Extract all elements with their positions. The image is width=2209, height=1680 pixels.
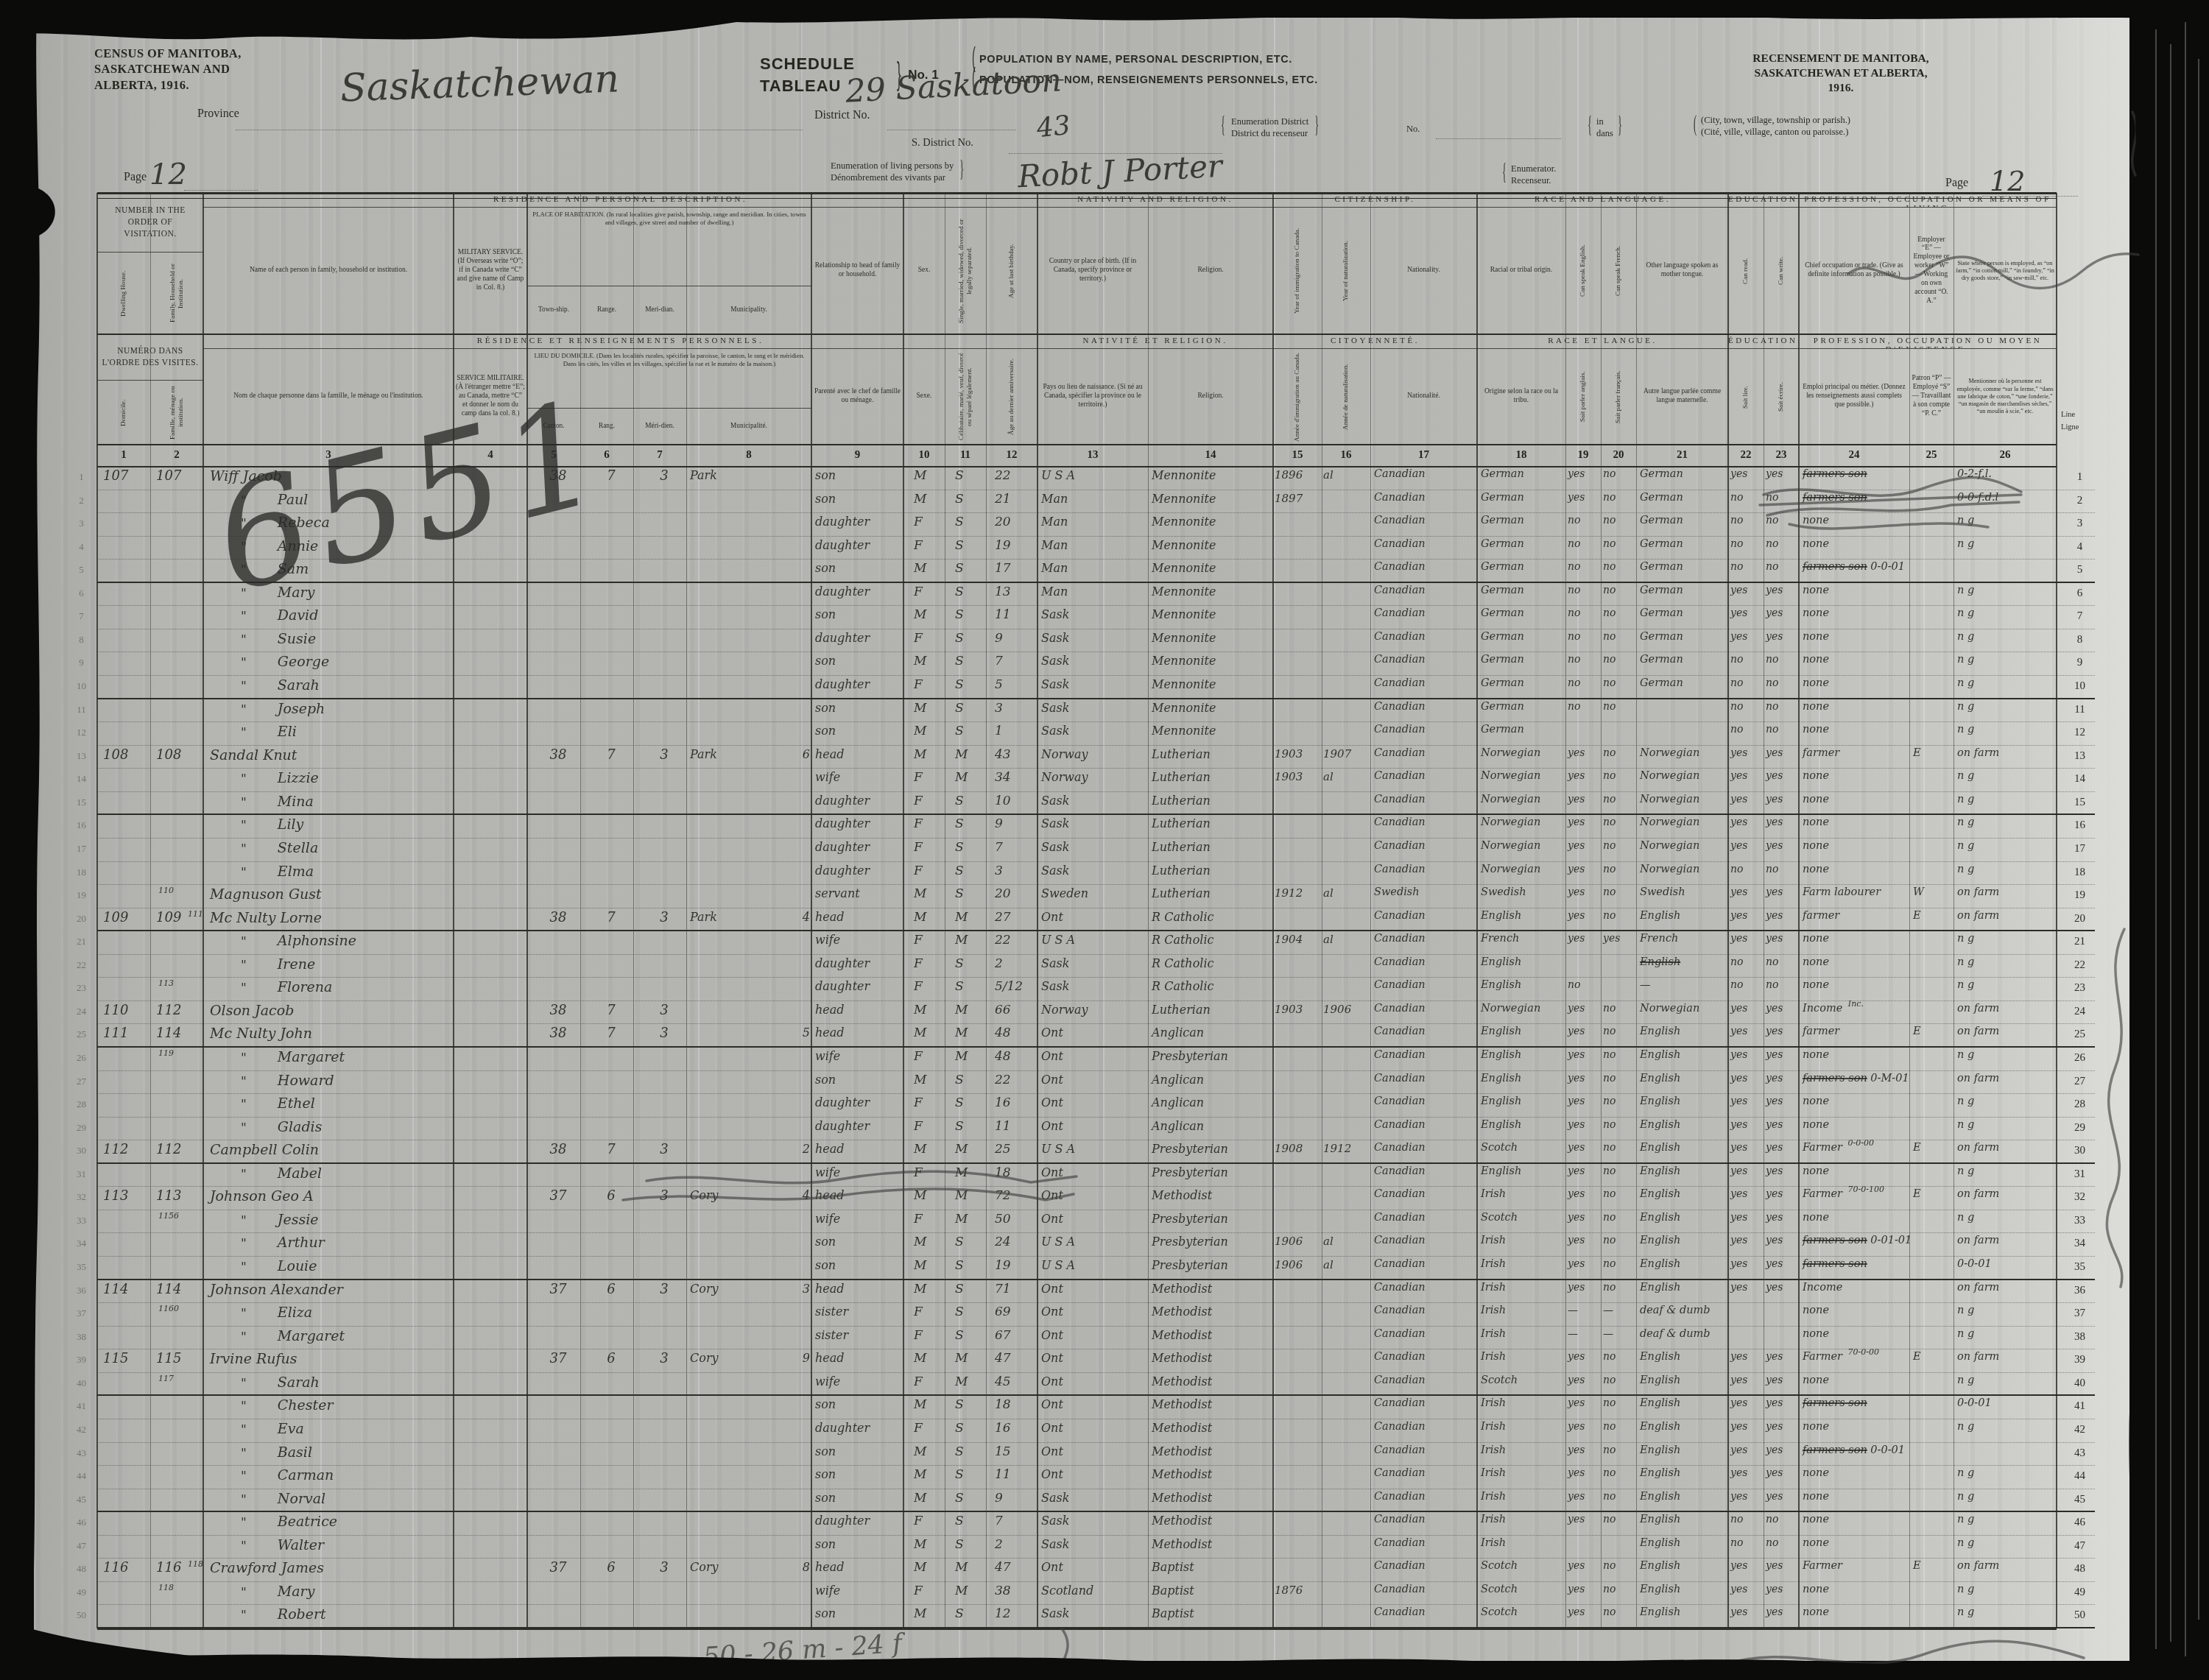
cell-read: yes xyxy=(1728,1374,1764,1397)
cell-dwelling xyxy=(97,1235,150,1257)
cell-read: yes xyxy=(1728,1003,1764,1026)
cell-dwelling xyxy=(97,631,150,654)
cell-class xyxy=(1909,1606,1953,1628)
cell-naturalization xyxy=(1322,631,1370,654)
cell-line-number-left: 6 xyxy=(66,585,93,607)
cell-age: 45 xyxy=(986,1374,1037,1397)
cell-mothertongue: English xyxy=(1636,1165,1728,1188)
cell-municipality xyxy=(686,654,811,677)
cell-occupation: Farmer 0-0-00 xyxy=(1799,1142,1909,1164)
table-row: "BeatricedaughterFS7SaskMethodistCanadia… xyxy=(97,1512,2095,1536)
cell-mothertongue: German xyxy=(1636,538,1728,561)
cell-military xyxy=(454,956,527,979)
cell-name: "Elma xyxy=(203,864,454,886)
grid-line-vertical xyxy=(1037,193,1038,1628)
cell-naturalization xyxy=(1322,724,1370,747)
cell-municipality xyxy=(686,677,811,699)
cell-mothertongue: Norwegian xyxy=(1636,1003,1728,1026)
cell-birthplace: Ont xyxy=(1037,1049,1148,1072)
cell-read: yes xyxy=(1728,816,1764,839)
cell-township xyxy=(527,1095,580,1118)
table-row: "NorvalsonMS9SaskMethodistCanadianIrishy… xyxy=(97,1489,2095,1513)
cell-where: n g xyxy=(1953,1537,2057,1560)
cell-military xyxy=(454,1212,527,1235)
cell-immigration: 1912 xyxy=(1273,886,1322,909)
col-head-mothertongue: Autre langue parlée comme langue materne… xyxy=(1636,349,1728,445)
cell-origin: Norwegian xyxy=(1477,840,1565,863)
cell-french: no xyxy=(1601,1374,1636,1397)
table-row: "LouiesonMS19U S APresbyterian1906alCana… xyxy=(97,1257,2095,1280)
cell-line-number-left: 3 xyxy=(66,515,93,537)
cell-occupation: Farmer 70-0-100 xyxy=(1799,1188,1909,1211)
cell-marital: M xyxy=(945,1003,986,1026)
cell-military xyxy=(454,1119,527,1142)
cell-write: yes xyxy=(1764,1073,1799,1095)
col-head-dwelling: Dwelling House. xyxy=(97,253,150,334)
cell-origin: German xyxy=(1477,538,1565,561)
cell-age: 3 xyxy=(986,701,1037,724)
cell-marital: M xyxy=(945,1049,986,1072)
cell-mothertongue: English xyxy=(1636,1119,1728,1142)
cell-mothertongue: English xyxy=(1636,1467,1728,1490)
cell-range xyxy=(580,1421,633,1444)
cell-relationship: daughter xyxy=(811,956,903,979)
cell-occupation: farmers son 0-01-01 xyxy=(1799,1235,1909,1257)
cell-age: 3 xyxy=(986,864,1037,886)
grid-line-vertical xyxy=(633,193,634,1628)
cell-english: no xyxy=(1565,677,1601,699)
cell-english: yes xyxy=(1565,864,1601,886)
cell-nationality: Canadian xyxy=(1370,1095,1477,1118)
grid-line-vertical xyxy=(1565,193,1566,1628)
cell-nationality: Canadian xyxy=(1370,468,1477,491)
cell-relationship: son xyxy=(811,561,903,583)
cell-dwelling xyxy=(97,1584,150,1606)
cell-line-number-left: 31 xyxy=(66,1165,93,1188)
cell-municipality xyxy=(686,631,811,654)
cell-meridian xyxy=(633,1584,686,1606)
cell-class: W xyxy=(1909,886,1953,909)
cell-marital: S xyxy=(945,1514,986,1536)
cell-religion: Methodist xyxy=(1148,1467,1273,1490)
col-head-name: Name of each person in family, household… xyxy=(203,208,454,334)
cell-write: no xyxy=(1764,515,1799,537)
cell-township xyxy=(527,1305,580,1327)
cell-sex: F xyxy=(903,840,945,863)
cell-french: no xyxy=(1601,1119,1636,1142)
cell-marital: S xyxy=(945,1258,986,1280)
cell-occupation: none xyxy=(1799,1606,1909,1628)
cell-immigration xyxy=(1273,1049,1322,1072)
cell-where: 0-0-01 xyxy=(1953,1258,2057,1280)
col-head-english: Can speak English. xyxy=(1565,208,1601,334)
cell-line-number-left: 25 xyxy=(66,1026,93,1048)
cell-relationship: head xyxy=(811,910,903,932)
table-row: "GeorgesonMS7SaskMennoniteCanadianGerman… xyxy=(97,652,2095,676)
cell-sex: M xyxy=(903,1073,945,1095)
cell-naturalization xyxy=(1322,607,1370,630)
cell-range xyxy=(580,701,633,724)
cell-nationality: Canadian xyxy=(1370,607,1477,630)
cell-military xyxy=(454,1049,527,1072)
cell-class xyxy=(1909,1003,1953,1026)
cell-meridian xyxy=(633,1095,686,1118)
cell-sex: M xyxy=(903,561,945,583)
cell-occupation: farmers son 0-M-01 xyxy=(1799,1073,1909,1095)
cell-marital: S xyxy=(945,1328,986,1351)
table-row: 110112Olson Jacob3873headMM66NorwayLuthe… xyxy=(97,1001,2095,1025)
cell-military xyxy=(454,770,527,793)
col-head-religion: Religion. xyxy=(1148,349,1273,445)
cell-mothertongue: deaf & dumb xyxy=(1636,1305,1728,1327)
cell-class: E xyxy=(1909,1026,1953,1048)
cell-mothertongue: English xyxy=(1636,1537,1728,1560)
cell-birthplace: Ont xyxy=(1037,910,1148,932)
cell-religion: Anglican xyxy=(1148,1026,1273,1048)
cell-religion: Methodist xyxy=(1148,1305,1273,1327)
cell-occupation: none xyxy=(1799,864,1909,886)
col-number: 17 xyxy=(1370,445,1477,467)
cell-immigration xyxy=(1273,1165,1322,1188)
cell-birthplace: Ont xyxy=(1037,1560,1148,1583)
cell-where: n g xyxy=(1953,701,2057,724)
cell-class xyxy=(1909,956,1953,979)
grid-line-vertical xyxy=(1953,193,1954,1628)
cell-meridian: 3 xyxy=(633,1026,686,1048)
cell-birthplace: U S A xyxy=(1037,1142,1148,1164)
cell-name: "Lizzie xyxy=(203,770,454,793)
cell-where: 0-0-01 xyxy=(1953,1397,2057,1420)
cell-english: no xyxy=(1565,538,1601,561)
cell-origin: German xyxy=(1477,724,1565,747)
cell-occupation: farmers son xyxy=(1799,468,1909,491)
cell-range: 6 xyxy=(580,1188,633,1211)
cell-name: "Beatrice xyxy=(203,1514,454,1536)
cell-origin: Scotch xyxy=(1477,1142,1565,1164)
cell-line-number-left: 23 xyxy=(66,979,93,1002)
cell-meridian xyxy=(633,979,686,1002)
cell-family: 112 xyxy=(150,1142,203,1164)
cell-english: yes xyxy=(1565,1397,1601,1420)
grid-line-vertical xyxy=(96,193,98,1628)
cell-nationality: Canadian xyxy=(1370,1421,1477,1444)
grid-line-vertical xyxy=(1370,193,1371,1628)
cell-class: E xyxy=(1909,910,1953,932)
table-row: 119"MargaretwifeFM48OntPresbyterianCanad… xyxy=(97,1048,2095,1071)
cell-relationship: daughter xyxy=(811,794,903,816)
cell-age: 18 xyxy=(986,1165,1037,1188)
cell-birthplace: Ont xyxy=(1037,1095,1148,1118)
col-head-relationship: Parenté avec le chef de famille ou ménag… xyxy=(811,349,903,445)
cell-township xyxy=(527,724,580,747)
cell-read: yes xyxy=(1728,1467,1764,1490)
cell-name: "Lily xyxy=(203,816,454,839)
cell-meridian xyxy=(633,794,686,816)
col-number: 18 xyxy=(1477,445,1565,467)
cell-class xyxy=(1909,538,1953,561)
cell-naturalization xyxy=(1322,515,1370,537)
cell-range: 7 xyxy=(580,1003,633,1026)
grid-line-vertical xyxy=(1148,193,1149,1628)
cell-line-number: 33 xyxy=(2062,1212,2093,1235)
cell-write: no xyxy=(1764,1514,1799,1536)
col-head-age: Âge au dernier anniversaire. xyxy=(986,349,1037,445)
cell-write: yes xyxy=(1764,1421,1799,1444)
place-of-habitation-note: PLACE OF HABITATION. (In rural localitie… xyxy=(527,208,811,286)
cell-family xyxy=(150,701,203,724)
cell-name: "Walter xyxy=(203,1537,454,1560)
table-row: 115115Irvine Rufus3763Cory9headMM47OntMe… xyxy=(97,1349,2095,1373)
cell-class: E xyxy=(1909,1351,1953,1374)
cell-naturalization: al xyxy=(1322,468,1370,491)
cell-family xyxy=(150,607,203,630)
grid-line-vertical xyxy=(1798,193,1800,1628)
cell-township xyxy=(527,1514,580,1536)
cell-write: yes xyxy=(1764,1003,1799,1026)
cell-age: 11 xyxy=(986,1119,1037,1142)
cell-class xyxy=(1909,1119,1953,1142)
cell-read: no xyxy=(1728,538,1764,561)
cell-where: n g xyxy=(1953,631,2057,654)
table-row: "ElisonMS1SaskMennoniteCanadianGermannon… xyxy=(97,722,2095,746)
cell-family xyxy=(150,1467,203,1490)
cell-range: 7 xyxy=(580,910,633,932)
cell-occupation: farmers son 0-0-01 xyxy=(1799,561,1909,583)
cell-naturalization xyxy=(1322,1212,1370,1235)
table-row: "EtheldaughterFS16OntAnglicanCanadianEng… xyxy=(97,1094,2095,1118)
cell-marital: S xyxy=(945,1119,986,1142)
cell-birthplace: Ont xyxy=(1037,1421,1148,1444)
cell-write: yes xyxy=(1764,1606,1799,1628)
table-row: 108108Sandal Knut3873Park6headMM43Norway… xyxy=(97,746,2095,769)
cell-french: yes xyxy=(1601,933,1636,956)
cell-english: yes xyxy=(1565,1467,1601,1490)
cell-mothertongue: German xyxy=(1636,677,1728,699)
cell-religion: Presbyterian xyxy=(1148,1142,1273,1164)
cell-military xyxy=(454,1095,527,1118)
cell-line-number: 42 xyxy=(2062,1421,2093,1444)
cell-township xyxy=(527,1073,580,1095)
col-head-write: Sait écrire. xyxy=(1764,349,1799,445)
cell-marital: S xyxy=(945,794,986,816)
cell-mothertongue: English xyxy=(1636,1095,1728,1118)
table-row: "MargaretsisterFS67OntMethodistCanadianI… xyxy=(97,1327,2095,1350)
cell-family: 112 xyxy=(150,1003,203,1026)
cell-french: no xyxy=(1601,1351,1636,1374)
cell-english: yes xyxy=(1565,1258,1601,1280)
cell-naturalization: al xyxy=(1322,933,1370,956)
cell-family: 110 xyxy=(150,886,203,909)
cell-age: 9 xyxy=(986,1491,1037,1513)
cell-english: yes xyxy=(1565,1119,1601,1142)
cell-mothertongue: German xyxy=(1636,607,1728,630)
cell-class xyxy=(1909,1584,1953,1606)
cell-dwelling xyxy=(97,933,150,956)
cell-mothertongue: Norwegian xyxy=(1636,864,1728,886)
cell-religion: Methodist xyxy=(1148,1537,1273,1560)
cell-write: yes xyxy=(1764,468,1799,491)
cell-meridian xyxy=(633,492,686,515)
cell-meridian: 3 xyxy=(633,1282,686,1305)
cell-family xyxy=(150,770,203,793)
table-row: "ArthursonMS24U S APresbyterian1906alCan… xyxy=(97,1233,2095,1257)
cell-line-number-left: 17 xyxy=(66,840,93,863)
cell-sex: F xyxy=(903,677,945,699)
cell-mothertongue: Norwegian xyxy=(1636,770,1728,793)
cell-family xyxy=(150,816,203,839)
cell-nationality: Canadian xyxy=(1370,747,1477,770)
cell-write: yes xyxy=(1764,607,1799,630)
col-head-mothertongue: Other language spoken as mother tongue. xyxy=(1636,208,1728,334)
cell-age: 1 xyxy=(986,724,1037,747)
cell-occupation: none xyxy=(1799,631,1909,654)
cell-relationship: daughter xyxy=(811,677,903,699)
cell-meridian xyxy=(633,1119,686,1142)
cell-mothertongue: German xyxy=(1636,468,1728,491)
col-number: 8 xyxy=(686,445,811,467)
cell-birthplace: Sask xyxy=(1037,1537,1148,1560)
cell-range xyxy=(580,607,633,630)
cell-name: "Carman xyxy=(203,1467,454,1490)
cell-occupation: none xyxy=(1799,770,1909,793)
cell-occupation: Farmer 70-0-00 xyxy=(1799,1351,1909,1374)
cell-nationality: Canadian xyxy=(1370,1049,1477,1072)
cell-birthplace: Sask xyxy=(1037,816,1148,839)
col-head-range: Range. xyxy=(580,286,633,334)
cell-line-number-left: 47 xyxy=(66,1537,93,1560)
cell-origin: German xyxy=(1477,492,1565,515)
cell-religion: Mennonite xyxy=(1148,468,1273,491)
cell-religion: Methodist xyxy=(1148,1282,1273,1305)
col-head-english: Sait parler anglais. xyxy=(1565,349,1601,445)
cell-military xyxy=(454,1073,527,1095)
cell-line-number-left: 45 xyxy=(66,1491,93,1513)
cell-family: 113 xyxy=(150,979,203,1002)
cell-military xyxy=(454,1142,527,1164)
cell-age: 22 xyxy=(986,1073,1037,1095)
cell-origin: Norwegian xyxy=(1477,770,1565,793)
cell-dwelling xyxy=(97,1258,150,1280)
cell-naturalization: al xyxy=(1322,770,1370,793)
cell-marital: S xyxy=(945,515,986,537)
cell-naturalization xyxy=(1322,1188,1370,1211)
cell-immigration xyxy=(1273,1073,1322,1095)
cell-township xyxy=(527,770,580,793)
cell-line-number-left: 40 xyxy=(66,1374,93,1397)
cell-religion: Baptist xyxy=(1148,1606,1273,1628)
cell-marital: S xyxy=(945,654,986,677)
cell-age: 12 xyxy=(986,1606,1037,1628)
cell-sex: M xyxy=(903,1351,945,1374)
cell-origin: English xyxy=(1477,1049,1565,1072)
cell-write: yes xyxy=(1764,1212,1799,1235)
cell-class: E xyxy=(1909,1142,1953,1164)
cell-military xyxy=(454,1258,527,1280)
table-row: 118"MarywifeFM38ScotlandBaptist1876Canad… xyxy=(97,1582,2095,1606)
cell-religion: R Catholic xyxy=(1148,910,1273,932)
cell-municipality xyxy=(686,886,811,909)
cell-french xyxy=(1601,1537,1636,1560)
table-row: 109109 111Mc Nulty Lorne3873Park4headMM2… xyxy=(97,908,2095,932)
cell-religion: Presbyterian xyxy=(1148,1165,1273,1188)
col-head-marital: Single, married, widowed, divorced or le… xyxy=(945,208,986,334)
cell-english: yes xyxy=(1565,1584,1601,1606)
cell-write: yes xyxy=(1764,1142,1799,1164)
cell-marital: S xyxy=(945,864,986,886)
cell-religion: Lutherian xyxy=(1148,770,1273,793)
cell-nationality: Canadian xyxy=(1370,631,1477,654)
cell-dwelling xyxy=(97,1049,150,1072)
cell-where: 0-0-f.d.l xyxy=(1953,492,2057,515)
cell-write: yes xyxy=(1764,886,1799,909)
cell-french: no xyxy=(1601,1282,1636,1305)
cell-age: 16 xyxy=(986,1421,1037,1444)
cell-range xyxy=(580,1584,633,1606)
cell-municipality: 5 xyxy=(686,1026,811,1048)
cell-marital: S xyxy=(945,816,986,839)
col-head-naturalization: Year of naturalization. xyxy=(1322,208,1370,334)
cell-french: no xyxy=(1601,864,1636,886)
cell-origin: English xyxy=(1477,1073,1565,1095)
cell-english xyxy=(1565,956,1601,979)
cell-immigration xyxy=(1273,816,1322,839)
cell-municipality xyxy=(686,1049,811,1072)
cell-religion: Anglican xyxy=(1148,1073,1273,1095)
cell-relationship: son xyxy=(811,468,903,491)
cell-naturalization xyxy=(1322,1073,1370,1095)
cell-naturalization xyxy=(1322,910,1370,932)
cell-class xyxy=(1909,561,1953,583)
cell-birthplace: Ont xyxy=(1037,1351,1148,1374)
cell-marital: S xyxy=(945,840,986,863)
cell-mothertongue: English xyxy=(1636,1073,1728,1095)
cell-class xyxy=(1909,1491,1953,1513)
cell-naturalization xyxy=(1322,956,1370,979)
cell-origin: German xyxy=(1477,654,1565,677)
cell-immigration xyxy=(1273,979,1322,1002)
col-head-meridian: Méri-dien. xyxy=(633,409,686,445)
cell-religion: Mennonite xyxy=(1148,561,1273,583)
cell-immigration xyxy=(1273,1444,1322,1467)
cell-family xyxy=(150,1119,203,1142)
col-number: 26 xyxy=(1953,445,2057,467)
page-line xyxy=(184,190,258,191)
cell-class xyxy=(1909,1444,1953,1467)
cell-sex: F xyxy=(903,1095,945,1118)
cell-mothertongue: French xyxy=(1636,933,1728,956)
cell-sex: M xyxy=(903,1282,945,1305)
cell-mothertongue: English xyxy=(1636,1514,1728,1536)
cell-where: n g xyxy=(1953,515,2057,537)
cell-occupation: Income Inc. xyxy=(1799,1003,1909,1026)
cell-french: no xyxy=(1601,1026,1636,1048)
cell-origin: English xyxy=(1477,1026,1565,1048)
cell-relationship: daughter xyxy=(811,864,903,886)
col-number: 7 xyxy=(633,445,686,467)
cell-line-number-left: 42 xyxy=(66,1421,93,1444)
cell-age: 24 xyxy=(986,1235,1037,1257)
province-label: Province xyxy=(197,107,239,121)
cell-line-number: 23 xyxy=(2062,979,2093,1002)
cell-sex: F xyxy=(903,979,945,1002)
cell-family xyxy=(150,1421,203,1444)
cell-french: no xyxy=(1601,1444,1636,1467)
table-row: 116116 118Crawford James3763Cory8headMM4… xyxy=(97,1559,2095,1582)
cell-relationship: daughter xyxy=(811,585,903,607)
cell-marital: S xyxy=(945,1491,986,1513)
cell-french: — xyxy=(1601,1305,1636,1327)
cell-range xyxy=(580,1606,633,1628)
